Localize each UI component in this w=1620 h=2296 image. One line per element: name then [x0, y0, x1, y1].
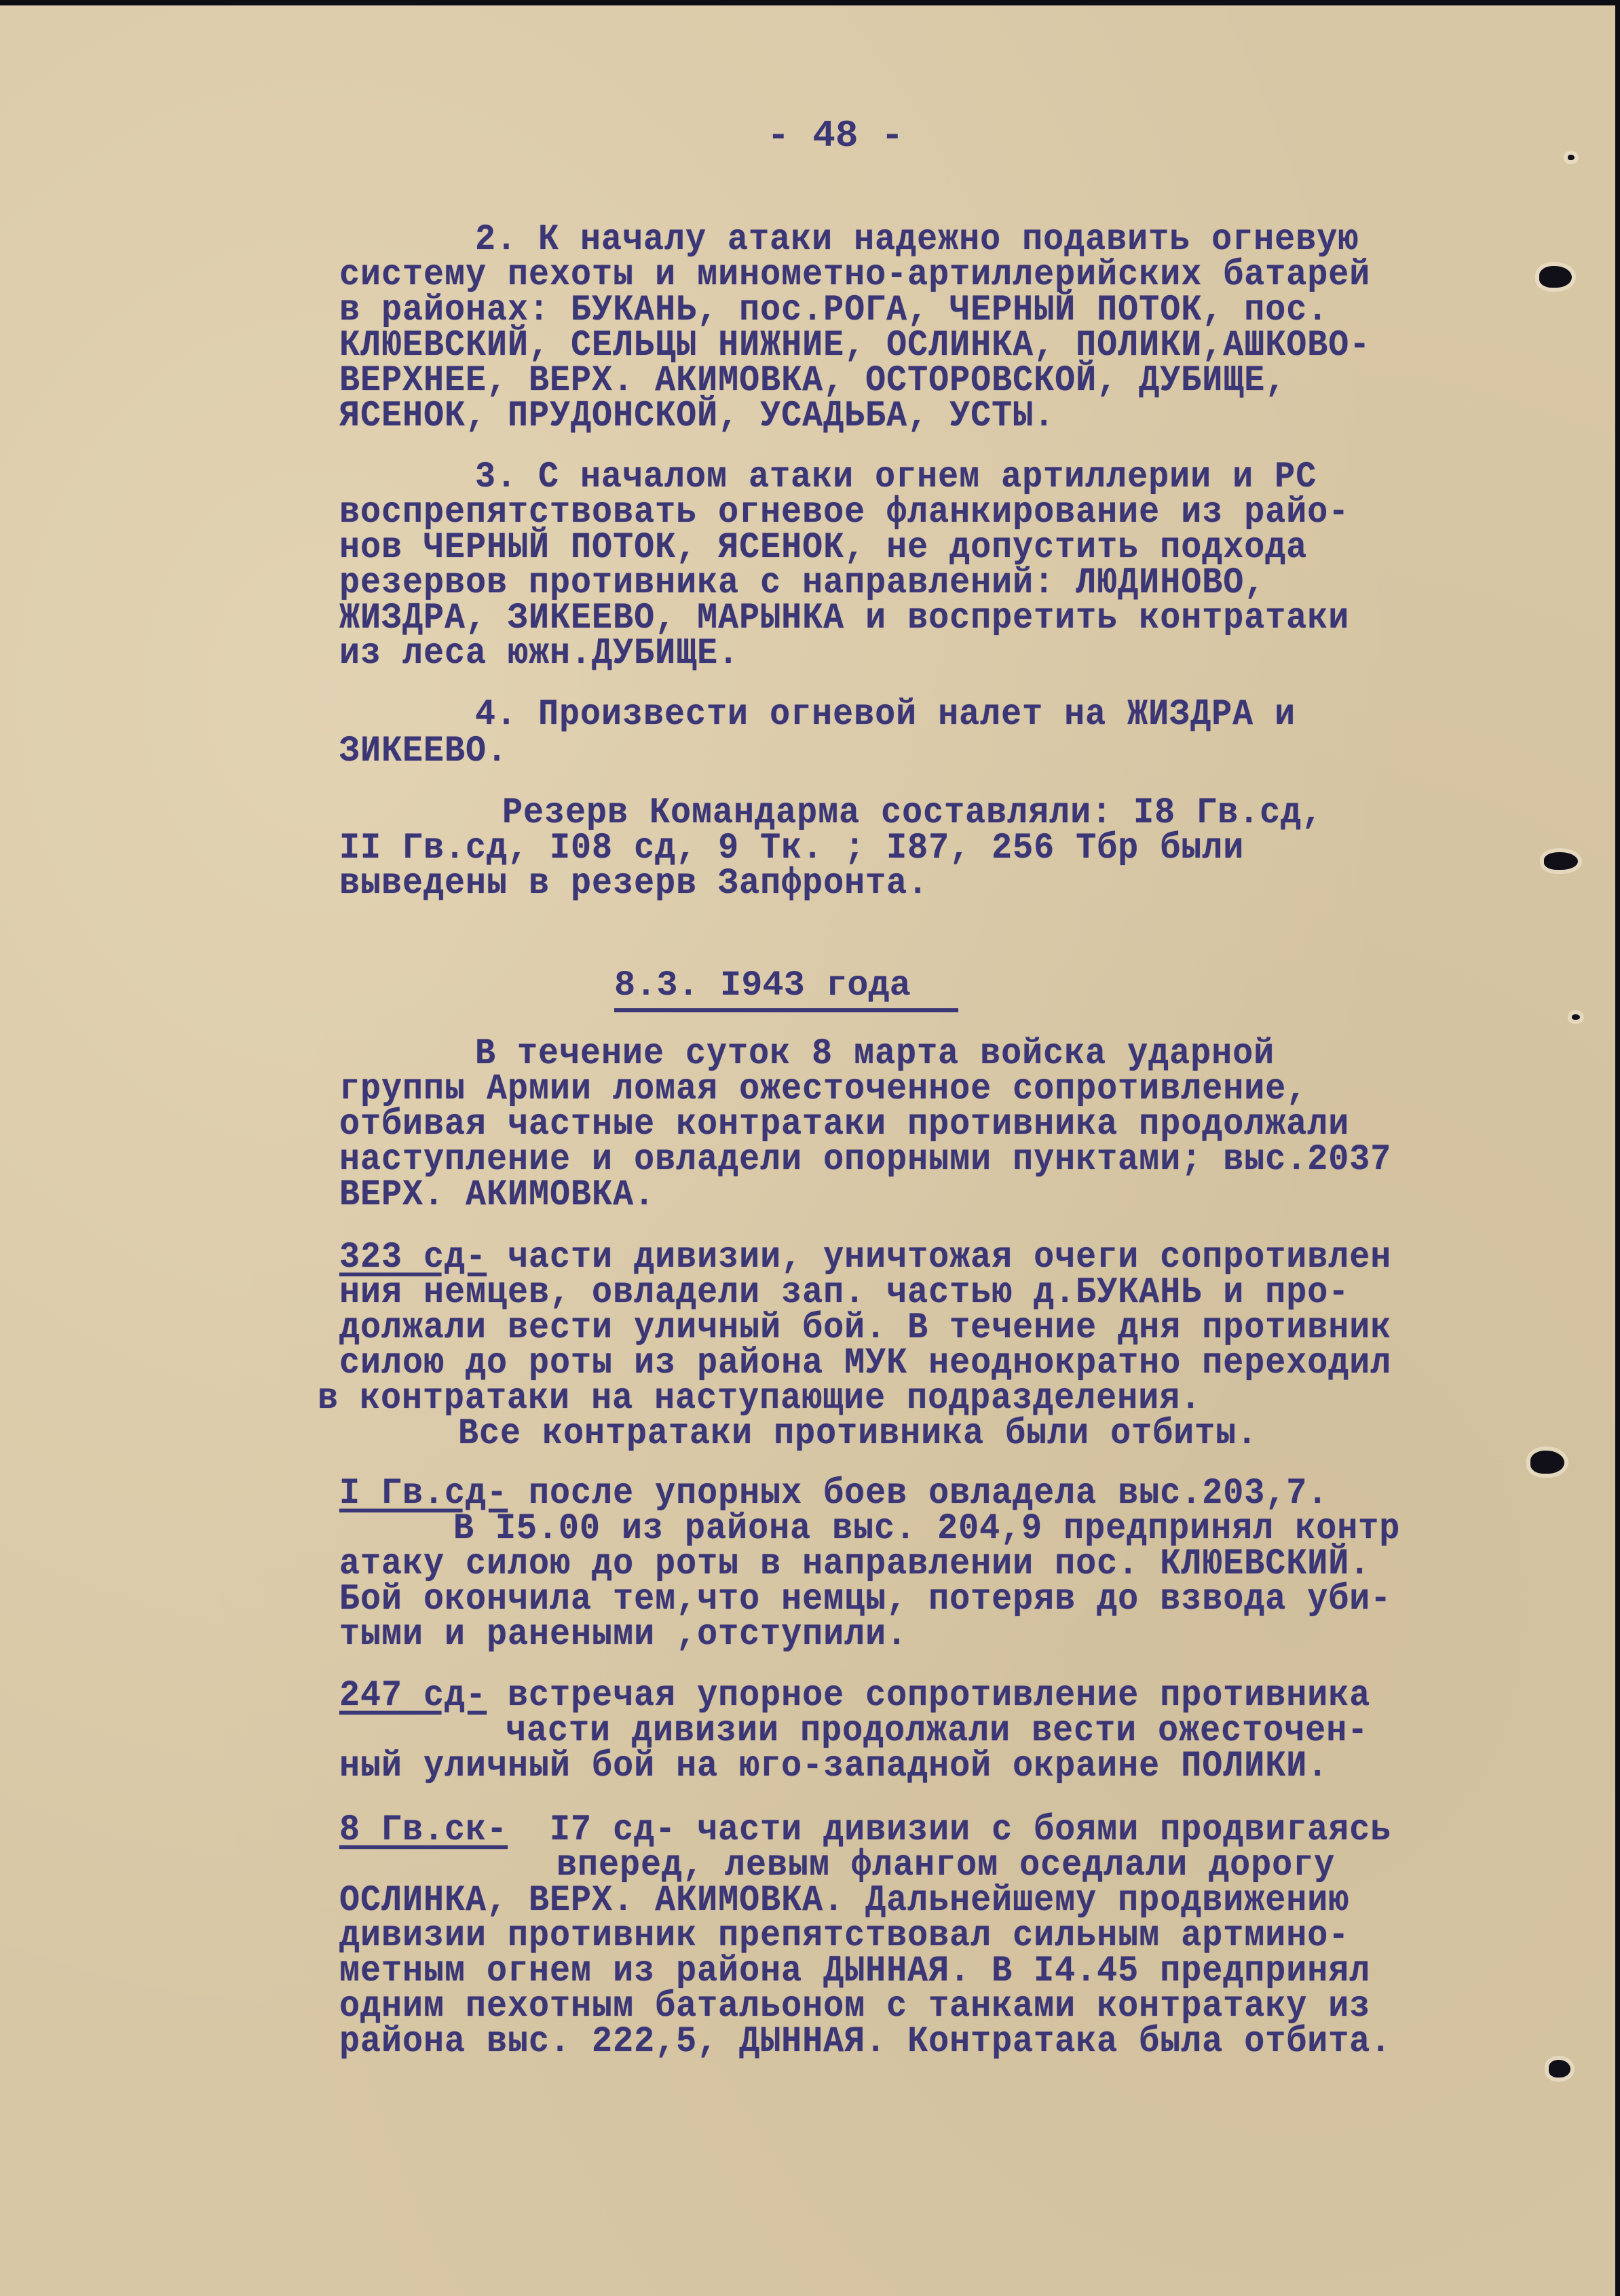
text-line: ния немцев, овладели зап. частью д.БУКАН… [339, 1274, 1349, 1312]
text-line: В течение суток 8 марта войска ударной [475, 1035, 1275, 1073]
text-line: 4. Произвести огневой налет на ЖИЗДРА и [475, 696, 1296, 734]
date-heading: 8.3. I943 года [614, 965, 958, 1012]
text-line: силою до роты из района МУК неоднократно… [339, 1345, 1391, 1383]
binding-hole-icon [1539, 266, 1572, 288]
text-line: 247 сд- встречая упорное сопротивление п… [339, 1677, 1370, 1715]
text-line: ОСЛИНКА, ВЕРХ. АКИМОВКА. Дальнейшему про… [339, 1882, 1349, 1920]
text-line: систему пехоты и минометно-артиллерийски… [339, 256, 1370, 294]
text-line: в районах: БУКАНЬ, пос.РОГА, ЧЕРНЫЙ ПОТО… [339, 292, 1328, 330]
text-line: группы Армии ломая ожесточенное сопротив… [339, 1071, 1307, 1109]
text-line: I Гв.сд- после упорных боев овладела выс… [339, 1475, 1328, 1513]
text-line: должали вести уличный бой. В течение дня… [339, 1309, 1391, 1347]
binding-hole-icon [1530, 1451, 1564, 1474]
paper-mark-icon [1572, 1014, 1580, 1020]
text-line: метным огнем из района ДЫННАЯ. В I4.45 п… [339, 1953, 1370, 1991]
text-line: Все контратаки противника были отбиты. [458, 1415, 1258, 1453]
text-line: ВЕРХ. АКИМОВКА. [339, 1176, 655, 1214]
text-line: атаку силою до роты в направлении пос. К… [339, 1546, 1370, 1584]
text-line: нов ЧЕРНЫЙ ПОТОК, ЯСЕНОК, не допустить п… [339, 529, 1307, 567]
text-line: 3. С началом атаки огнем артиллерии и РС [475, 459, 1317, 497]
text-line: II Гв.сд, I08 сд, 9 Тк. ; I87, 256 Тбр б… [339, 830, 1244, 868]
text-line: ный уличный бой на юго-западной окраине … [339, 1748, 1328, 1786]
unit-label: 8 Гв.ск- [339, 1810, 508, 1852]
text-line: В I5.00 из района выс. 204,9 предпринял … [453, 1510, 1400, 1548]
text-line: 2. К началу атаки надежно подавить огнев… [475, 221, 1359, 259]
text-line: ЗИКЕЕВО. [339, 733, 508, 771]
page-number: - 48 - [767, 114, 904, 157]
text-line: ЖИЗДРА, ЗИКЕЕВО, МАРЫНКА и воспретить ко… [339, 600, 1349, 638]
text-line: КЛЮЕВСКИЙ, СЕЛЬЦЫ НИЖНИЕ, ОСЛИНКА, ПОЛИК… [339, 327, 1370, 365]
text-line: ЯСЕНОК, ПРУДОНСКОЙ, УСАДЬБА, УСТЫ. [339, 398, 1055, 436]
text-line: 8 Гв.ск- I7 сд- части дивизии с боями пр… [339, 1812, 1391, 1850]
text-line: наступление и овладели опорными пунктами… [339, 1141, 1391, 1179]
text-line: вперед, левым флангом оседлали дорогу [557, 1847, 1335, 1885]
binding-hole-icon [1549, 2060, 1570, 2078]
paper-mark-icon [1568, 155, 1575, 160]
text-line: ВЕРХНЕЕ, ВЕРХ. АКИМОВКА, ОСТОРОВСКОЙ, ДУ… [339, 362, 1286, 400]
text-line: резервов противника с направлений: ЛЮДИН… [339, 565, 1265, 602]
text-line: части дивизии продолжали вести ожесточен… [506, 1713, 1368, 1750]
text-line: из леса южн.ДУБИЩЕ. [339, 635, 739, 673]
text-line: отбивая частные контратаки противника пр… [339, 1106, 1349, 1144]
text-line: Резерв Командарма составляли: I8 Гв.сд, [502, 795, 1323, 833]
text-line: в контратаки на наступающие подразделени… [318, 1380, 1201, 1418]
text-line: выведены в резерв Запфронта. [339, 865, 928, 903]
text-line: тыми и ранеными ,отступили. [339, 1616, 907, 1654]
binding-hole-icon [1544, 852, 1578, 870]
text-line: дивизии противник препятствовал сильным … [339, 1917, 1349, 1955]
text-line: одним пехотным батальоном с танками конт… [339, 1988, 1370, 2026]
text-line: района выс. 222,5, ДЫННАЯ. Контратака бы… [339, 2023, 1391, 2061]
unit-label: 247 сд- [339, 1675, 487, 1717]
text-line: 323 сд- части дивизии, уничтожая очеги с… [339, 1239, 1391, 1277]
text-line: воспрепятствовать огневое фланкирование … [339, 494, 1349, 532]
text-line: Бой окончила тем,что немцы, потеряв до в… [339, 1581, 1391, 1619]
document-page: - 48 - 2. К началу атаки надежно подавит… [0, 5, 1615, 2296]
